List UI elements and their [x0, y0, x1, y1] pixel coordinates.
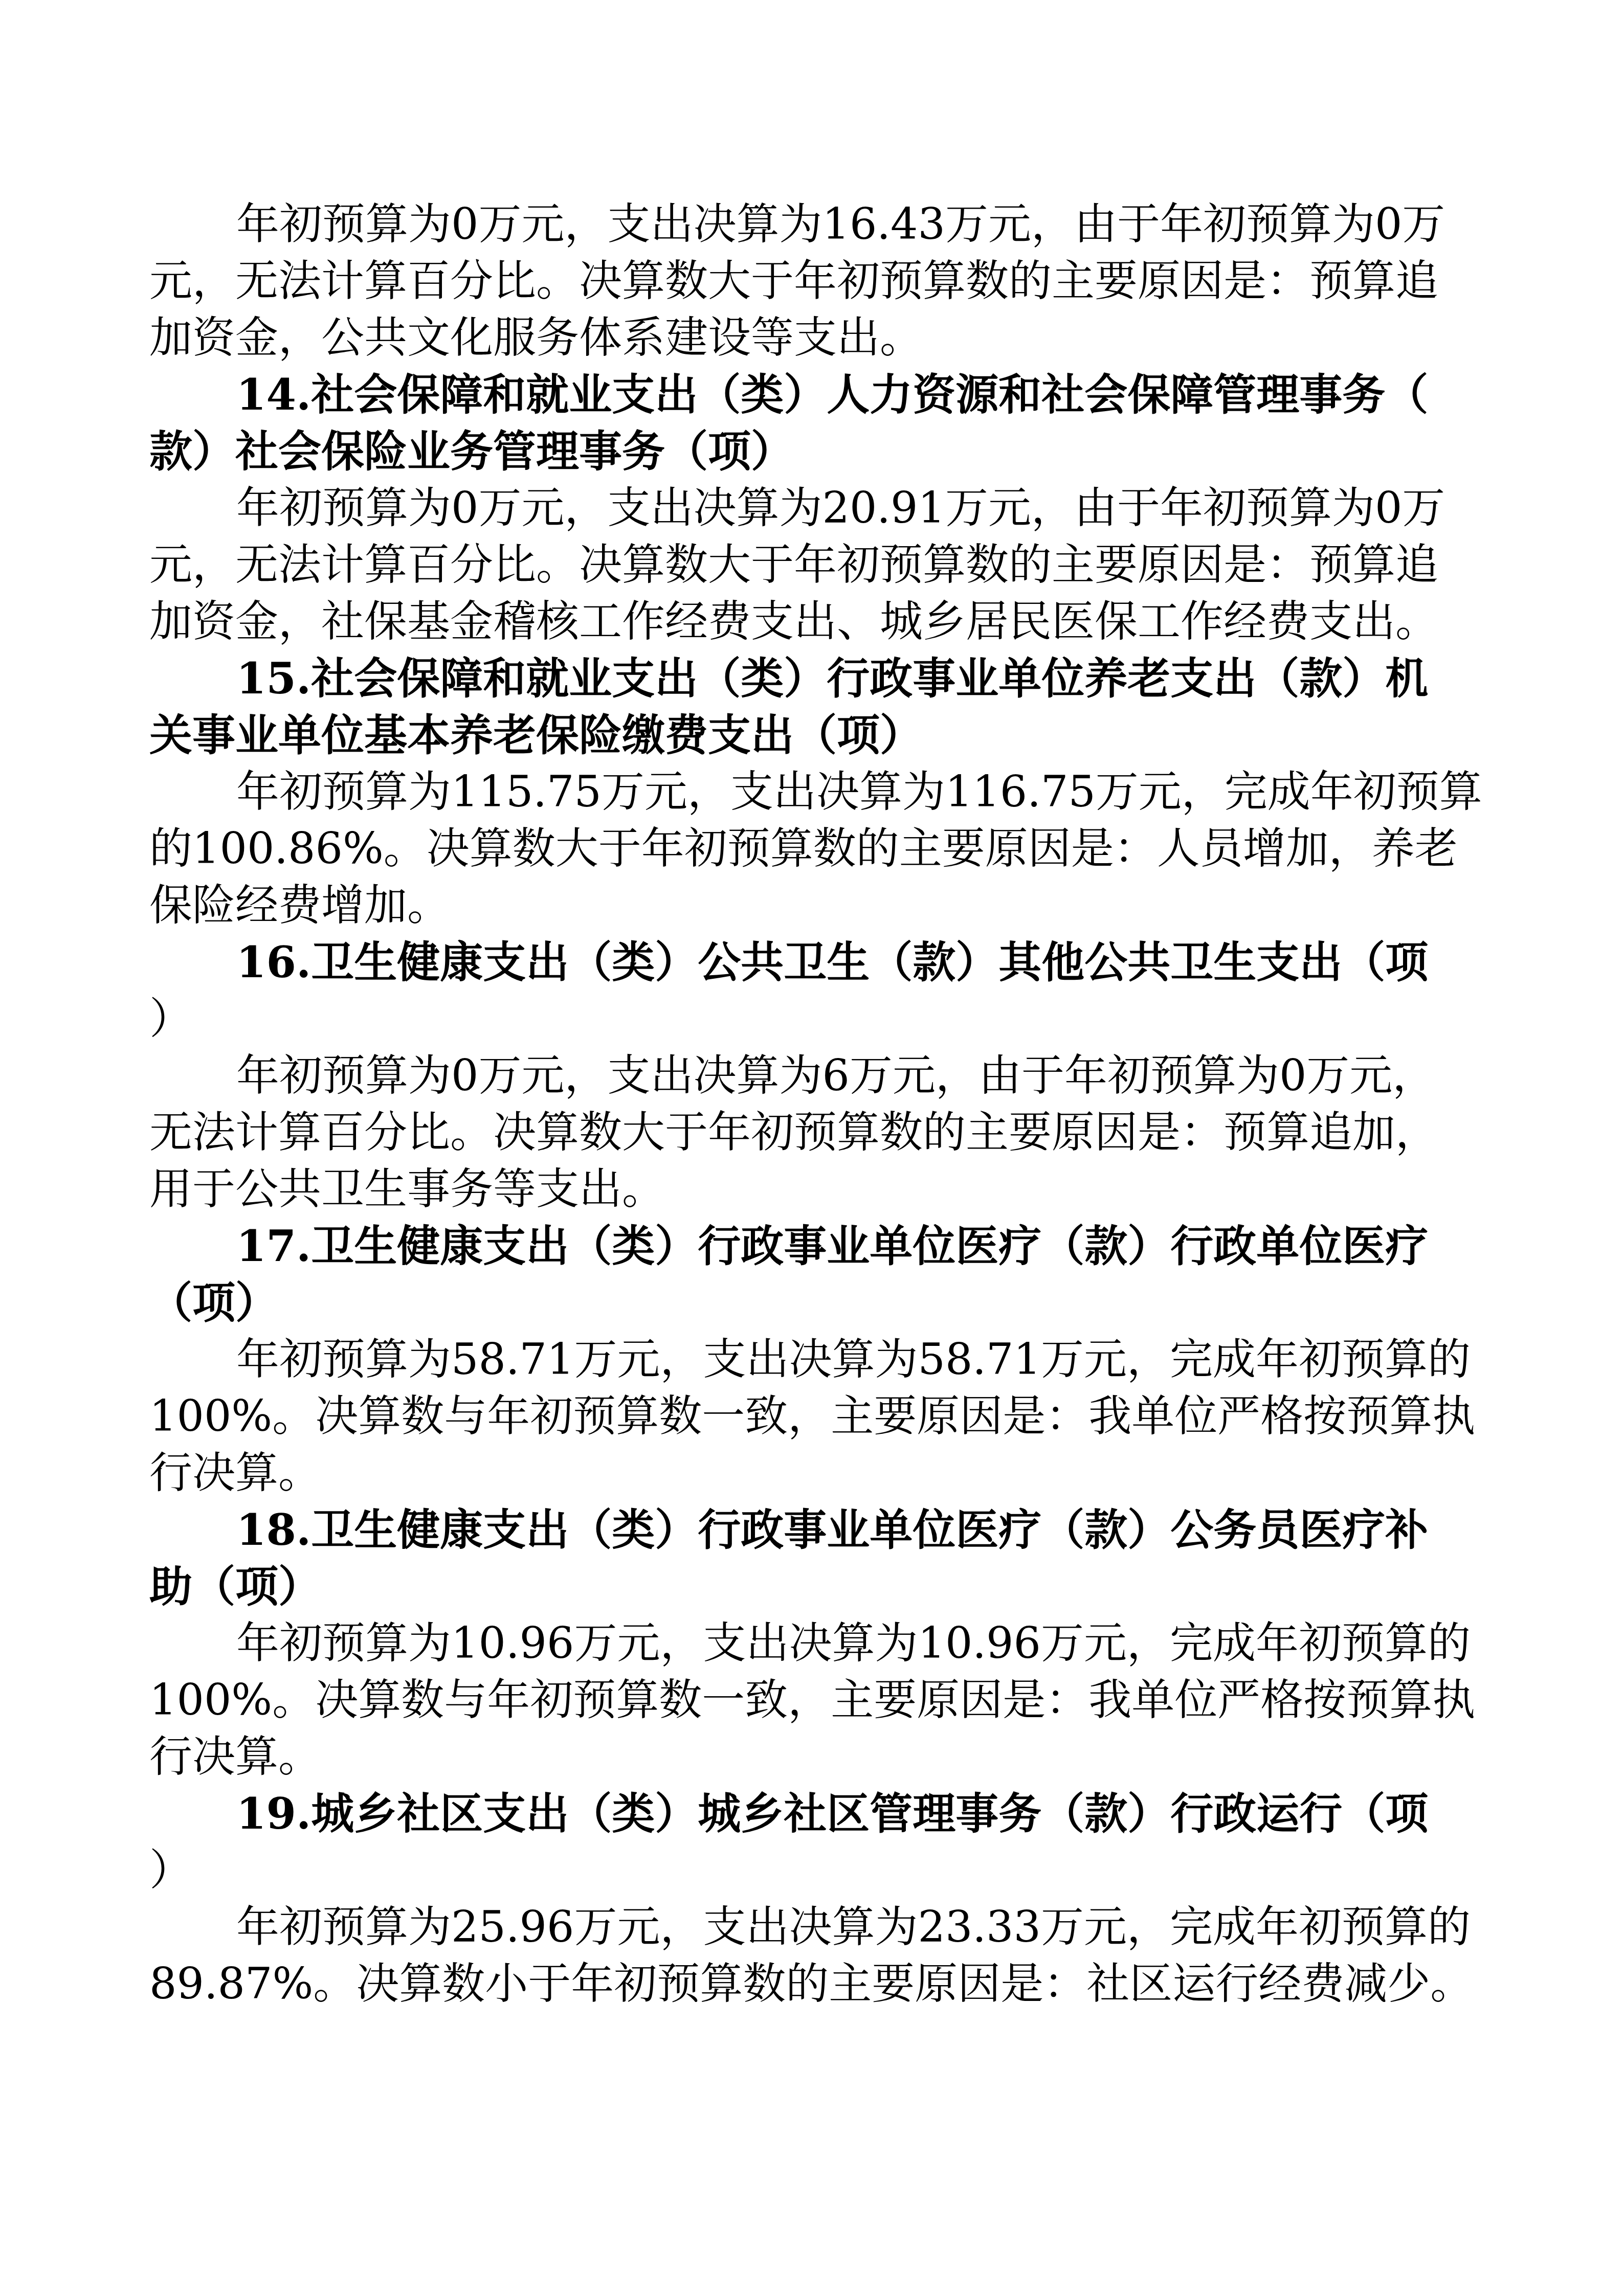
- heading-line: 款）社会保险业务管理事务（项）: [149, 423, 1464, 480]
- text-line: 年初预算为0万元，支出决算为16.43万元，由于年初预算为0万: [149, 196, 1464, 253]
- text-line: 100%。决算数与年初预算数一致，主要原因是：我单位严格按预算执: [149, 1388, 1464, 1445]
- heading-item-16: 16.卫生健康支出（类）公共卫生（款）其他公共卫生支出（项 ）: [149, 934, 1464, 1047]
- paragraph-item-16-body: 年初预算为0万元，支出决算为6万元，由于年初预算为0万元， 无法计算百分比。决算…: [149, 1047, 1464, 1218]
- paragraph-item-18-body: 年初预算为10.96万元，支出决算为10.96万元，完成年初预算的 100%。决…: [149, 1615, 1464, 1785]
- text-line: 年初预算为25.96万元，支出决算为23.33万元，完成年初预算的: [149, 1899, 1464, 1955]
- text-line: 年初预算为115.75万元，支出决算为116.75万元，完成年初预算: [149, 763, 1464, 820]
- heading-item-18: 18.卫生健康支出（类）行政事业单位医疗（款）公务员医疗补 助（项）: [149, 1501, 1464, 1615]
- heading-line: ）: [149, 1842, 1464, 1899]
- heading-line: ）: [149, 991, 1464, 1047]
- heading-line: 18.卫生健康支出（类）行政事业单位医疗（款）公务员医疗补: [149, 1501, 1464, 1558]
- heading-line: 助（项）: [149, 1558, 1464, 1615]
- text-line: 无法计算百分比。决算数大于年初预算数的主要原因是：预算追加，: [149, 1104, 1464, 1161]
- paragraph-item-14-body: 年初预算为0万元，支出决算为20.91万元，由于年初预算为0万 元，无法计算百分…: [149, 480, 1464, 650]
- text-line: 年初预算为58.71万元，支出决算为58.71万元，完成年初预算的: [149, 1331, 1464, 1388]
- text-line: 加资金，公共文化服务体系建设等支出。: [149, 309, 1464, 366]
- heading-line: （项）: [149, 1274, 1464, 1331]
- heading-line: 14.社会保障和就业支出（类）人力资源和社会保障管理事务（: [149, 366, 1464, 423]
- text-line: 年初预算为10.96万元，支出决算为10.96万元，完成年初预算的: [149, 1615, 1464, 1672]
- text-line: 100%。决算数与年初预算数一致，主要原因是：我单位严格按预算执: [149, 1672, 1464, 1728]
- heading-line: 15.社会保障和就业支出（类）行政事业单位养老支出（款）机: [149, 650, 1464, 707]
- paragraph-item-15-body: 年初预算为115.75万元，支出决算为116.75万元，完成年初预算 的100.…: [149, 763, 1464, 934]
- heading-item-15: 15.社会保障和就业支出（类）行政事业单位养老支出（款）机 关事业单位基本养老保…: [149, 650, 1464, 763]
- heading-line: 19.城乡社区支出（类）城乡社区管理事务（款）行政运行（项: [149, 1785, 1464, 1842]
- text-line: 元，无法计算百分比。决算数大于年初预算数的主要原因是：预算追: [149, 253, 1464, 309]
- text-line: 用于公共卫生事务等支出。: [149, 1161, 1464, 1218]
- document-page: 年初预算为0万元，支出决算为16.43万元，由于年初预算为0万 元，无法计算百分…: [149, 196, 1464, 2012]
- text-line: 行决算。: [149, 1445, 1464, 1501]
- text-line: 保险经费增加。: [149, 877, 1464, 934]
- text-line: 年初预算为0万元，支出决算为20.91万元，由于年初预算为0万: [149, 480, 1464, 536]
- text-line: 元，无法计算百分比。决算数大于年初预算数的主要原因是：预算追: [149, 536, 1464, 593]
- paragraph-item-17-body: 年初预算为58.71万元，支出决算为58.71万元，完成年初预算的 100%。决…: [149, 1331, 1464, 1501]
- paragraph-item-13-body: 年初预算为0万元，支出决算为16.43万元，由于年初预算为0万 元，无法计算百分…: [149, 196, 1464, 366]
- paragraph-item-19-body: 年初预算为25.96万元，支出决算为23.33万元，完成年初预算的 89.87%…: [149, 1899, 1464, 2012]
- text-line: 89.87%。决算数小于年初预算数的主要原因是：社区运行经费减少。: [149, 1955, 1464, 2012]
- text-line: 加资金，社保基金稽核工作经费支出、城乡居民医保工作经费支出。: [149, 593, 1464, 650]
- heading-item-19: 19.城乡社区支出（类）城乡社区管理事务（款）行政运行（项 ）: [149, 1785, 1464, 1899]
- heading-line: 关事业单位基本养老保险缴费支出（项）: [149, 707, 1464, 763]
- text-line: 行决算。: [149, 1728, 1464, 1785]
- heading-line: 17.卫生健康支出（类）行政事业单位医疗（款）行政单位医疗: [149, 1218, 1464, 1274]
- heading-line: 16.卫生健康支出（类）公共卫生（款）其他公共卫生支出（项: [149, 934, 1464, 991]
- heading-item-14: 14.社会保障和就业支出（类）人力资源和社会保障管理事务（ 款）社会保险业务管理…: [149, 366, 1464, 480]
- text-line: 的100.86%。决算数大于年初预算数的主要原因是：人员增加，养老: [149, 820, 1464, 877]
- text-line: 年初预算为0万元，支出决算为6万元，由于年初预算为0万元，: [149, 1047, 1464, 1104]
- heading-item-17: 17.卫生健康支出（类）行政事业单位医疗（款）行政单位医疗 （项）: [149, 1218, 1464, 1331]
